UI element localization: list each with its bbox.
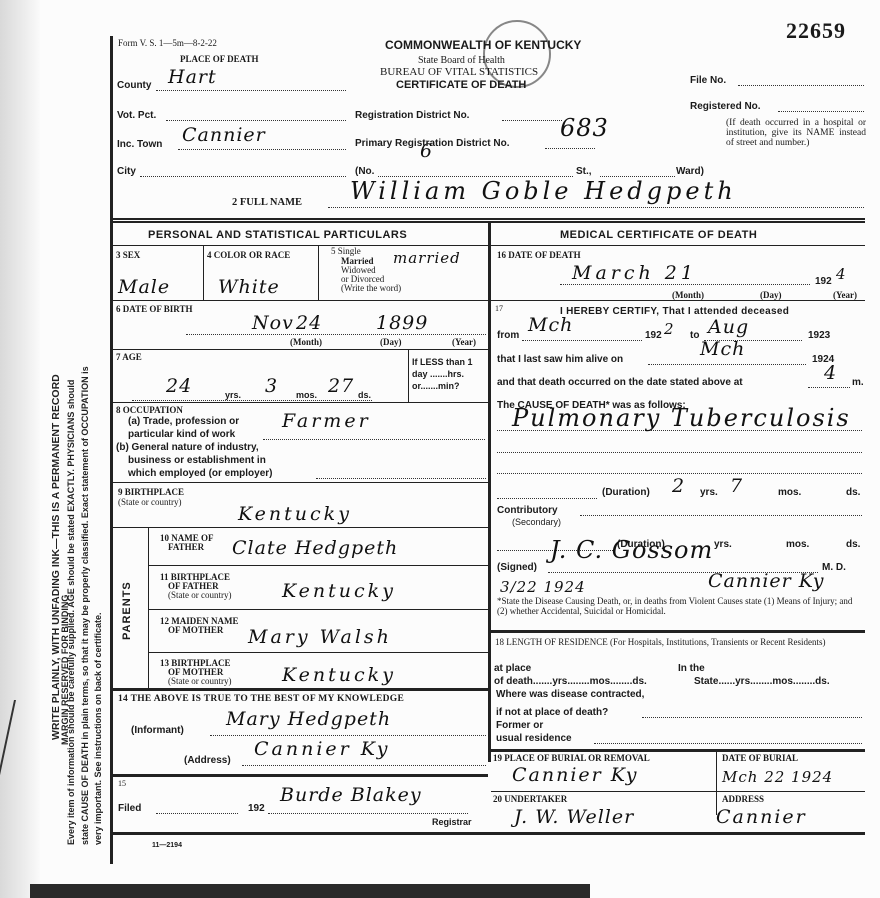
age-days: 27 bbox=[328, 375, 354, 397]
signed-address-value: Cannier Ky bbox=[708, 570, 825, 592]
marital-value: married bbox=[393, 249, 461, 267]
cause-footnote: *State the Disease Causing Death, or, in… bbox=[497, 596, 862, 616]
dob-label: 6 DATE OF BIRTH bbox=[116, 304, 192, 314]
occupation-b-label-3: which employed (or employer) bbox=[128, 468, 272, 479]
row-line bbox=[149, 565, 488, 566]
former-residence-label: Former or bbox=[496, 720, 543, 731]
usual-residence-label: usual residence bbox=[496, 733, 572, 744]
duration-lead-line bbox=[497, 498, 597, 499]
dob-day-caption: (Day) bbox=[380, 337, 402, 347]
duration2-months-label: mos. bbox=[786, 539, 809, 550]
attended-from-year: 2 bbox=[664, 320, 675, 338]
attended-to-value: Aug bbox=[708, 316, 749, 338]
registered-no-line bbox=[778, 111, 864, 112]
header-bureau: BUREAU OF VITAL STATISTICS bbox=[380, 66, 538, 78]
col-line bbox=[408, 350, 409, 402]
dob-year: 1899 bbox=[376, 312, 428, 334]
signed-label: (Signed) bbox=[497, 562, 537, 573]
registration-district-label: Registration District No. bbox=[355, 110, 469, 121]
age-months-label: mos. bbox=[296, 390, 317, 400]
occupation-b-label-2: business or establishment in bbox=[128, 455, 266, 466]
race-value: White bbox=[218, 276, 280, 298]
informant-line bbox=[210, 735, 486, 736]
mother-birthplace-label-3: (State or country) bbox=[168, 676, 231, 686]
city-line bbox=[140, 176, 346, 177]
race-label: 4 COLOR OR RACE bbox=[207, 250, 290, 260]
knowledge-statement: 14 THE ABOVE IS TRUE TO THE BEST OF MY K… bbox=[118, 694, 404, 704]
md-label: M. D. bbox=[822, 562, 846, 573]
medical-section-title: MEDICAL CERTIFICATE OF DEATH bbox=[560, 229, 757, 241]
place-of-death-label: PLACE OF DEATH bbox=[180, 54, 259, 64]
full-name-label: 2 FULL NAME bbox=[232, 197, 302, 208]
row-line bbox=[113, 402, 488, 403]
dob-month: Nov bbox=[252, 312, 294, 334]
dod-day-caption: (Day) bbox=[760, 290, 782, 300]
duration2-years-label: yrs. bbox=[714, 539, 732, 550]
row-line bbox=[113, 245, 488, 246]
row-line bbox=[491, 630, 865, 633]
father-birthplace-value: Kentucky bbox=[282, 580, 396, 602]
age-years: 24 bbox=[166, 375, 192, 397]
burial-date-label: DATE OF BURIAL bbox=[722, 753, 798, 763]
occupation-value: Farmer bbox=[282, 410, 371, 432]
bottom-rule bbox=[113, 832, 865, 835]
marital-label-5: (Write the word) bbox=[341, 283, 401, 293]
full-name-line bbox=[328, 207, 864, 208]
informant-value: Mary Hedgpeth bbox=[226, 708, 391, 730]
death-time-m-label: m. bbox=[852, 377, 864, 388]
county-value: Hart bbox=[168, 66, 217, 88]
birthplace-sublabel: (State or country) bbox=[118, 497, 181, 507]
parents-label: PARENTS bbox=[121, 581, 133, 640]
last-saw-value: Mch bbox=[700, 338, 745, 360]
occupation-b-label-1: (b) General nature of industry, bbox=[116, 442, 259, 453]
primary-registration-line bbox=[545, 148, 595, 149]
footer-code: 11—2194 bbox=[152, 842, 182, 849]
occupation-a-label-2: particular kind of work bbox=[128, 429, 235, 440]
personal-section-title: PERSONAL AND STATISTICAL PARTICULARS bbox=[148, 229, 407, 241]
informant-address-value: Cannier Ky bbox=[254, 738, 391, 760]
duration2-days-label: ds. bbox=[846, 539, 860, 550]
signed-date: 3/22 1924 bbox=[500, 578, 586, 596]
birthplace-label: 9 BIRTHPLACE bbox=[118, 487, 184, 497]
row-line bbox=[149, 652, 488, 653]
residence-label: 18 LENGTH OF RESIDENCE (For Hospitals, I… bbox=[495, 636, 863, 648]
less-than-label-3: or.......min? bbox=[412, 381, 460, 391]
sex-label: 3 SEX bbox=[116, 250, 140, 260]
header-certificate: CERTIFICATE OF DEATH bbox=[396, 79, 526, 91]
row-line bbox=[491, 749, 865, 752]
in-the-label: In the bbox=[678, 663, 705, 674]
row-line bbox=[113, 349, 488, 350]
filed-year: 192 bbox=[248, 803, 265, 814]
dob-year-caption: (Year) bbox=[452, 337, 476, 347]
margin-instruction-line1: WRITE PLAINLY, WITH UNFADING INK—THIS IS… bbox=[50, 374, 62, 740]
inc-town-label: Inc. Town bbox=[117, 139, 162, 150]
age-years-label: yrs. bbox=[225, 390, 241, 400]
death-certificate-page: MARGIN RESERVED FOR BINDING WRITE PLAINL… bbox=[0, 0, 880, 898]
col-line bbox=[318, 246, 319, 301]
ward-label: Ward) bbox=[676, 166, 704, 177]
attended-from-year-prefix: 192 bbox=[645, 330, 662, 341]
parents-divider bbox=[148, 528, 149, 688]
bottom-scan-edge bbox=[30, 884, 590, 898]
registrar-label: Registrar bbox=[432, 817, 472, 827]
street-label: St., bbox=[576, 166, 592, 177]
dob-line bbox=[186, 334, 486, 335]
of-death-duration: of death.......yrs........mos........ds. bbox=[494, 676, 647, 687]
cause-of-death-value: Pulmonary Tuberculosis bbox=[512, 404, 851, 432]
state-duration: State......yrs........mos........ds. bbox=[694, 676, 830, 687]
county-line bbox=[156, 90, 346, 91]
filed-date-line bbox=[156, 813, 238, 814]
death-time-value: 4 bbox=[824, 362, 837, 384]
inc-town-value: Cannier bbox=[182, 124, 266, 146]
registration-district-line bbox=[502, 120, 562, 121]
at-place-label: at place bbox=[494, 663, 531, 674]
vot-pct-line bbox=[166, 120, 346, 121]
margin-instruction-line2: Every item of information should be care… bbox=[66, 380, 76, 845]
attended-from-value: Mch bbox=[528, 314, 573, 336]
not-at-place-label: if not at place of death? bbox=[496, 707, 608, 718]
contracted-label: Where was disease contracted, bbox=[496, 689, 644, 700]
row-line bbox=[113, 482, 488, 483]
informant-address-label: (Address) bbox=[184, 755, 231, 766]
row-line bbox=[113, 527, 488, 528]
row-line bbox=[491, 300, 865, 301]
attended-to-label: to bbox=[690, 330, 699, 341]
registered-no-label: Registered No. bbox=[690, 101, 761, 112]
hospital-note: (If death occurred in a hospital or inst… bbox=[726, 118, 866, 148]
date-of-death-value: March 21 bbox=[572, 262, 697, 284]
registrar-line bbox=[268, 813, 468, 814]
row-line bbox=[113, 300, 488, 301]
certify-statement: I HEREBY CERTIFY, That I attended deceas… bbox=[560, 306, 789, 317]
filed-label: Filed bbox=[118, 803, 141, 814]
duration-label: (Duration) bbox=[602, 487, 650, 498]
registrar-signature: Burde Blakey bbox=[280, 784, 422, 806]
undertaker-label: 20 UNDERTAKER bbox=[493, 794, 567, 804]
date-of-death-label: 16 DATE OF DEATH bbox=[497, 250, 581, 260]
contributory-line bbox=[580, 515, 862, 516]
row-line bbox=[113, 774, 488, 777]
attended-from-label: from bbox=[497, 330, 519, 341]
filed-number: 15 bbox=[118, 779, 126, 788]
contributory-label: Contributory bbox=[497, 505, 558, 516]
last-saw-line bbox=[648, 364, 806, 365]
primary-registration-value: 683 bbox=[560, 114, 609, 142]
age-line bbox=[132, 400, 372, 401]
sex-value: Male bbox=[118, 276, 170, 298]
usual-residence-line bbox=[594, 743, 862, 744]
undertaker-address-label: ADDRESS bbox=[722, 794, 764, 804]
physician-signature: J. C. Gossom bbox=[550, 536, 713, 564]
vot-pct-label: Vot. Pct. bbox=[117, 110, 156, 121]
death-time-line bbox=[808, 387, 850, 388]
cause-line-2 bbox=[497, 452, 862, 453]
street-no-label: (No. bbox=[355, 166, 374, 177]
col-line bbox=[203, 246, 204, 301]
file-no-label: File No. bbox=[690, 75, 726, 86]
age-days-label: ds. bbox=[358, 390, 371, 400]
secondary-label: (Secondary) bbox=[512, 517, 561, 527]
burial-place-value: Cannier Ky bbox=[512, 764, 639, 786]
dod-month-caption: (Month) bbox=[672, 290, 704, 300]
occupation-a-label-1: (a) Trade, profession or bbox=[128, 416, 239, 427]
duration-months: 7 bbox=[730, 475, 743, 497]
age-label: 7 AGE bbox=[116, 352, 142, 362]
dob-month-caption: (Month) bbox=[290, 337, 322, 347]
burial-place-label: 19 PLACE OF BURIAL OR REMOVAL bbox=[493, 753, 650, 763]
undertaker-address-value: Cannier bbox=[716, 806, 807, 828]
mother-label-2: OF MOTHER bbox=[168, 625, 223, 635]
informant-address-line bbox=[242, 765, 486, 766]
header-title: COMMONWEALTH OF KENTUCKY bbox=[385, 38, 581, 52]
item-17-number: 17 bbox=[495, 304, 503, 313]
attended-to-year: 1923 bbox=[808, 330, 830, 341]
employer-line bbox=[316, 478, 486, 479]
birthplace-value: Kentucky bbox=[238, 503, 352, 525]
mother-value: Mary Walsh bbox=[248, 626, 392, 648]
father-birthplace-label-3: (State or country) bbox=[168, 590, 231, 600]
last-saw-label: that I last saw him alive on bbox=[497, 354, 623, 365]
county-label: County bbox=[117, 80, 151, 91]
informant-label: (Informant) bbox=[131, 725, 184, 736]
row-line bbox=[491, 791, 865, 792]
undertaker-value: J. W. Weller bbox=[514, 806, 634, 828]
duration-days-label: ds. bbox=[846, 487, 860, 498]
marital-label-1: 5 Single bbox=[331, 247, 361, 256]
mother-birthplace-value: Kentucky bbox=[282, 664, 396, 686]
father-value: Clate Hedgpeth bbox=[232, 537, 398, 559]
full-name-value: William Goble Hedgpeth bbox=[350, 177, 737, 205]
row-line bbox=[491, 245, 865, 246]
attended-from-line bbox=[522, 340, 642, 341]
death-time-label: and that death occurred on the date stat… bbox=[497, 377, 743, 388]
dod-year-caption: (Year) bbox=[833, 290, 857, 300]
row-line bbox=[149, 609, 488, 610]
dob-day: 24 bbox=[296, 312, 322, 334]
duration-years: 2 bbox=[672, 475, 685, 497]
duration-years-label: yrs. bbox=[700, 487, 718, 498]
occupation-line bbox=[263, 439, 485, 440]
duration-months-label: mos. bbox=[778, 487, 801, 498]
burial-date-value: Mch 22 1924 bbox=[722, 768, 833, 786]
form-number: Form V. S. 1—5m—8-2-22 bbox=[118, 38, 217, 48]
file-no-line bbox=[738, 85, 864, 86]
contracted-line bbox=[642, 717, 862, 718]
column-divider bbox=[488, 222, 491, 762]
inc-town-line bbox=[178, 149, 346, 150]
less-than-label-2: day .......hrs. bbox=[412, 369, 464, 379]
date-of-death-year-prefix: 192 bbox=[815, 276, 832, 287]
date-of-death-year-suffix: 4 bbox=[836, 265, 847, 283]
cause-line-3 bbox=[497, 473, 862, 474]
father-label-2: FATHER bbox=[168, 542, 204, 552]
header-board: State Board of Health bbox=[418, 55, 505, 66]
margin-instruction-line3: state CAUSE OF DEATH in plain terms, so … bbox=[80, 366, 90, 845]
primary-registration-extra: 6 bbox=[420, 140, 433, 162]
age-months: 3 bbox=[265, 375, 278, 397]
less-than-label-1: If LESS than 1 bbox=[412, 357, 473, 367]
date-of-death-line bbox=[560, 284, 810, 285]
occupation-label: 8 OCCUPATION bbox=[116, 405, 183, 415]
row-line bbox=[113, 688, 488, 691]
margin-instruction-line4: very important. See instructions on back… bbox=[93, 612, 103, 845]
city-label: City bbox=[117, 166, 136, 177]
